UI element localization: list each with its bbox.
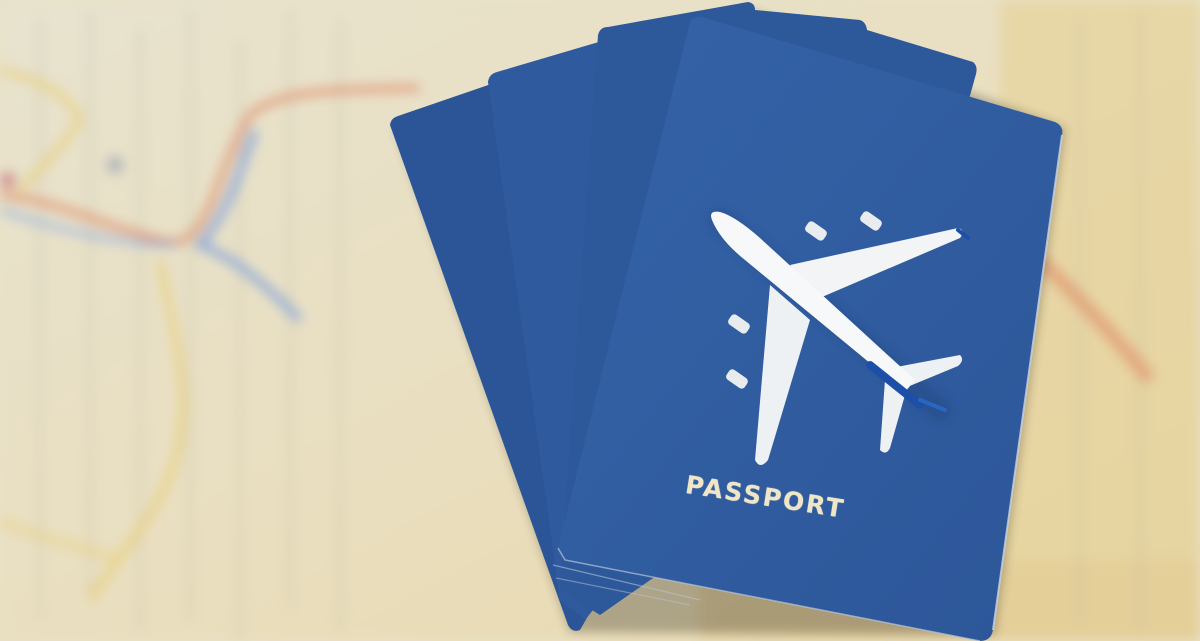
photo-scene	[0, 0, 1200, 641]
